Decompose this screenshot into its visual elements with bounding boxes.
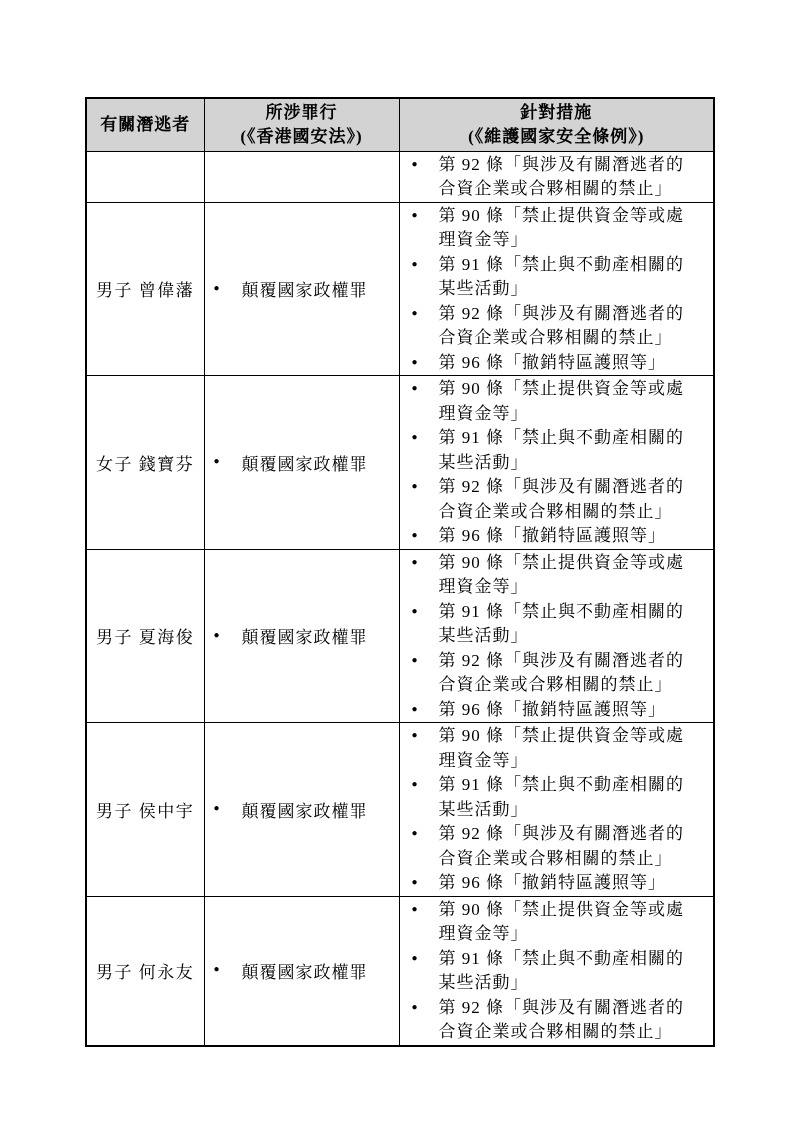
measure-item: ●第 91 條「禁止與不動產相關的 某些活動」 (412, 600, 710, 649)
table-row: 男子 夏海俊 ●顛覆國家政權罪 ●第 90 條「禁止提供資金等或處 理資金等」 … (86, 549, 714, 723)
measure-text: 第 92 條「與涉及有關潛逃者的 合資企業或合夥相關的禁止」 (439, 996, 710, 1045)
measure-text: 第 91 條「禁止與不動產相關的 某些活動」 (439, 600, 710, 649)
offence-cell (204, 151, 399, 202)
header-cell-measures: 針對措施 (《維護國家安全條例》) (399, 98, 714, 151)
person-cell: 女子 錢寶芬 (86, 376, 204, 550)
header-cell-absconder: 有關潛逃者 (86, 98, 204, 151)
measure-item: ●第 92 條「與涉及有關潛逃者的 合資企業或合夥相關的禁止」 (412, 822, 710, 871)
measure-list: ●第 90 條「禁止提供資金等或處 理資金等」 ●第 91 條「禁止與不動產相關… (412, 724, 710, 896)
offence-label: 顛覆國家政權罪 (242, 797, 368, 822)
person-cell: 男子 曾偉藩 (86, 202, 204, 376)
bullet-icon: ● (412, 153, 439, 178)
table-header-row: 有關潛逃者 所涉罪行 (《香港國安法》) 針對措施 (《維護國家安全條例》) (86, 98, 714, 151)
person-cell: 男子 何永友 (86, 896, 204, 1046)
measure-item: ●第 90 條「禁止提供資金等或處 理資金等」 (412, 551, 710, 600)
bullet-icon: ● (214, 797, 242, 822)
measures-cell: ●第 90 條「禁止提供資金等或處 理資金等」 ●第 91 條「禁止與不動產相關… (399, 896, 714, 1046)
measure-text: 第 90 條「禁止提供資金等或處 理資金等」 (439, 551, 710, 600)
measure-list: ●第 90 條「禁止提供資金等或處 理資金等」 ●第 91 條「禁止與不動產相關… (412, 551, 710, 723)
measure-list: ●第 90 條「禁止提供資金等或處 理資金等」 ●第 91 條「禁止與不動產相關… (412, 204, 710, 376)
offence-cell: ●顛覆國家政權罪 (204, 376, 399, 550)
measure-item: ●第 90 條「禁止提供資金等或處 理資金等」 (412, 377, 710, 426)
offence-cell: ●顛覆國家政權罪 (204, 723, 399, 897)
measure-list: ●第 90 條「禁止提供資金等或處 理資金等」 ●第 91 條「禁止與不動產相關… (412, 898, 710, 1045)
bullet-icon: ● (412, 475, 439, 500)
measures-cell: ●第 92 條「與涉及有關潛逃者的 合資企業或合夥相關的禁止」 (399, 151, 714, 202)
bullet-icon: ● (412, 724, 439, 749)
measure-text: 第 90 條「禁止提供資金等或處 理資金等」 (439, 724, 710, 773)
measure-item: ●第 96 條「撤銷特區護照等」 (412, 524, 710, 549)
measure-text: 第 91 條「禁止與不動產相關的 某些活動」 (439, 426, 710, 475)
offence-cell: ●顛覆國家政權罪 (204, 202, 399, 376)
measure-item: ●第 92 條「與涉及有關潛逃者的 合資企業或合夥相關的禁止」 (412, 475, 710, 524)
measure-text: 第 92 條「與涉及有關潛逃者的 合資企業或合夥相關的禁止」 (439, 475, 710, 524)
measure-item: ●第 92 條「與涉及有關潛逃者的 合資企業或合夥相關的禁止」 (412, 302, 710, 351)
person-cell: 男子 侯中宇 (86, 723, 204, 897)
bullet-icon: ● (214, 277, 242, 302)
measure-text: 第 92 條「與涉及有關潛逃者的 合資企業或合夥相關的禁止」 (439, 649, 710, 698)
bullet-icon: ● (412, 551, 439, 576)
bullet-icon: ● (412, 426, 439, 451)
measure-text: 第 96 條「撤銷特區護照等」 (439, 351, 710, 376)
table-row: 男子 何永友 ●顛覆國家政權罪 ●第 90 條「禁止提供資金等或處 理資金等」 … (86, 896, 714, 1046)
bullet-icon: ● (214, 624, 242, 649)
table-row: 男子 侯中宇 ●顛覆國家政權罪 ●第 90 條「禁止提供資金等或處 理資金等」 … (86, 723, 714, 897)
table-row: 女子 錢寶芬 ●顛覆國家政權罪 ●第 90 條「禁止提供資金等或處 理資金等」 … (86, 376, 714, 550)
bullet-icon: ● (412, 524, 439, 549)
header-cell-offence: 所涉罪行 (《香港國安法》) (204, 98, 399, 151)
measure-text: 第 91 條「禁止與不動產相關的 某些活動」 (439, 253, 710, 302)
bullet-icon: ● (214, 450, 242, 475)
offence-label: 顛覆國家政權罪 (242, 276, 368, 301)
measure-text: 第 90 條「禁止提供資金等或處 理資金等」 (439, 204, 710, 253)
measure-text: 第 90 條「禁止提供資金等或處 理資金等」 (439, 377, 710, 426)
measure-item: ●第 92 條「與涉及有關潛逃者的 合資企業或合夥相關的禁止」 (412, 996, 710, 1045)
measure-text: 第 91 條「禁止與不動產相關的 某些活動」 (439, 773, 710, 822)
measure-text: 第 92 條「與涉及有關潛逃者的 合資企業或合夥相關的禁止」 (439, 153, 710, 202)
measure-item: ●第 90 條「禁止提供資金等或處 理資金等」 (412, 204, 710, 253)
bullet-icon: ● (412, 649, 439, 674)
table-row: 男子 曾偉藩 ●顛覆國家政權罪 ●第 90 條「禁止提供資金等或處 理資金等」 … (86, 202, 714, 376)
offence-cell: ●顛覆國家政權罪 (204, 549, 399, 723)
bullet-icon: ● (412, 871, 439, 896)
bullet-icon: ● (412, 204, 439, 229)
absconders-table: 有關潛逃者 所涉罪行 (《香港國安法》) 針對措施 (《維護國家安全條例》) ●… (85, 97, 715, 1047)
bullet-icon: ● (412, 822, 439, 847)
table-row: ●第 92 條「與涉及有關潛逃者的 合資企業或合夥相關的禁止」 (86, 151, 714, 202)
offence-label: 顛覆國家政權罪 (242, 450, 368, 475)
measure-item: ●第 90 條「禁止提供資金等或處 理資金等」 (412, 898, 710, 947)
bullet-icon: ● (412, 351, 439, 376)
offence-cell: ●顛覆國家政權罪 (204, 896, 399, 1046)
measures-cell: ●第 90 條「禁止提供資金等或處 理資金等」 ●第 91 條「禁止與不動產相關… (399, 202, 714, 376)
bullet-icon: ● (412, 898, 439, 923)
person-cell (86, 151, 204, 202)
measure-text: 第 96 條「撤銷特區護照等」 (439, 524, 710, 549)
bullet-icon: ● (412, 253, 439, 278)
measures-cell: ●第 90 條「禁止提供資金等或處 理資金等」 ●第 91 條「禁止與不動產相關… (399, 549, 714, 723)
document-page: 有關潛逃者 所涉罪行 (《香港國安法》) 針對措施 (《維護國家安全條例》) ●… (0, 0, 799, 1131)
measures-cell: ●第 90 條「禁止提供資金等或處 理資金等」 ●第 91 條「禁止與不動產相關… (399, 376, 714, 550)
bullet-icon: ● (412, 302, 439, 327)
measure-text: 第 92 條「與涉及有關潛逃者的 合資企業或合夥相關的禁止」 (439, 302, 710, 351)
offence-label: 顛覆國家政權罪 (242, 623, 368, 648)
bullet-icon: ● (412, 773, 439, 798)
person-cell: 男子 夏海俊 (86, 549, 204, 723)
bullet-icon: ● (412, 947, 439, 972)
measure-item: ●第 91 條「禁止與不動產相關的 某些活動」 (412, 426, 710, 475)
measure-item: ●第 96 條「撤銷特區護照等」 (412, 698, 710, 723)
bullet-icon: ● (214, 958, 242, 983)
measure-list: ●第 92 條「與涉及有關潛逃者的 合資企業或合夥相關的禁止」 (412, 153, 710, 202)
measure-item: ●第 92 條「與涉及有關潛逃者的 合資企業或合夥相關的禁止」 (412, 649, 710, 698)
offence-label: 顛覆國家政權罪 (242, 958, 368, 983)
measure-text: 第 96 條「撤銷特區護照等」 (439, 698, 710, 723)
measure-text: 第 90 條「禁止提供資金等或處 理資金等」 (439, 898, 710, 947)
bullet-icon: ● (412, 377, 439, 402)
measure-item: ●第 91 條「禁止與不動產相關的 某些活動」 (412, 253, 710, 302)
measure-item: ●第 92 條「與涉及有關潛逃者的 合資企業或合夥相關的禁止」 (412, 153, 710, 202)
bullet-icon: ● (412, 600, 439, 625)
measure-text: 第 96 條「撤銷特區護照等」 (439, 871, 710, 896)
measure-item: ●第 96 條「撤銷特區護照等」 (412, 351, 710, 376)
bullet-icon: ● (412, 698, 439, 723)
measure-item: ●第 91 條「禁止與不動產相關的 某些活動」 (412, 773, 710, 822)
measure-item: ●第 91 條「禁止與不動產相關的 某些活動」 (412, 947, 710, 996)
measure-text: 第 91 條「禁止與不動產相關的 某些活動」 (439, 947, 710, 996)
measure-text: 第 92 條「與涉及有關潛逃者的 合資企業或合夥相關的禁止」 (439, 822, 710, 871)
measure-item: ●第 90 條「禁止提供資金等或處 理資金等」 (412, 724, 710, 773)
bullet-icon: ● (412, 996, 439, 1021)
measures-cell: ●第 90 條「禁止提供資金等或處 理資金等」 ●第 91 條「禁止與不動產相關… (399, 723, 714, 897)
measure-item: ●第 96 條「撤銷特區護照等」 (412, 871, 710, 896)
measure-list: ●第 90 條「禁止提供資金等或處 理資金等」 ●第 91 條「禁止與不動產相關… (412, 377, 710, 549)
